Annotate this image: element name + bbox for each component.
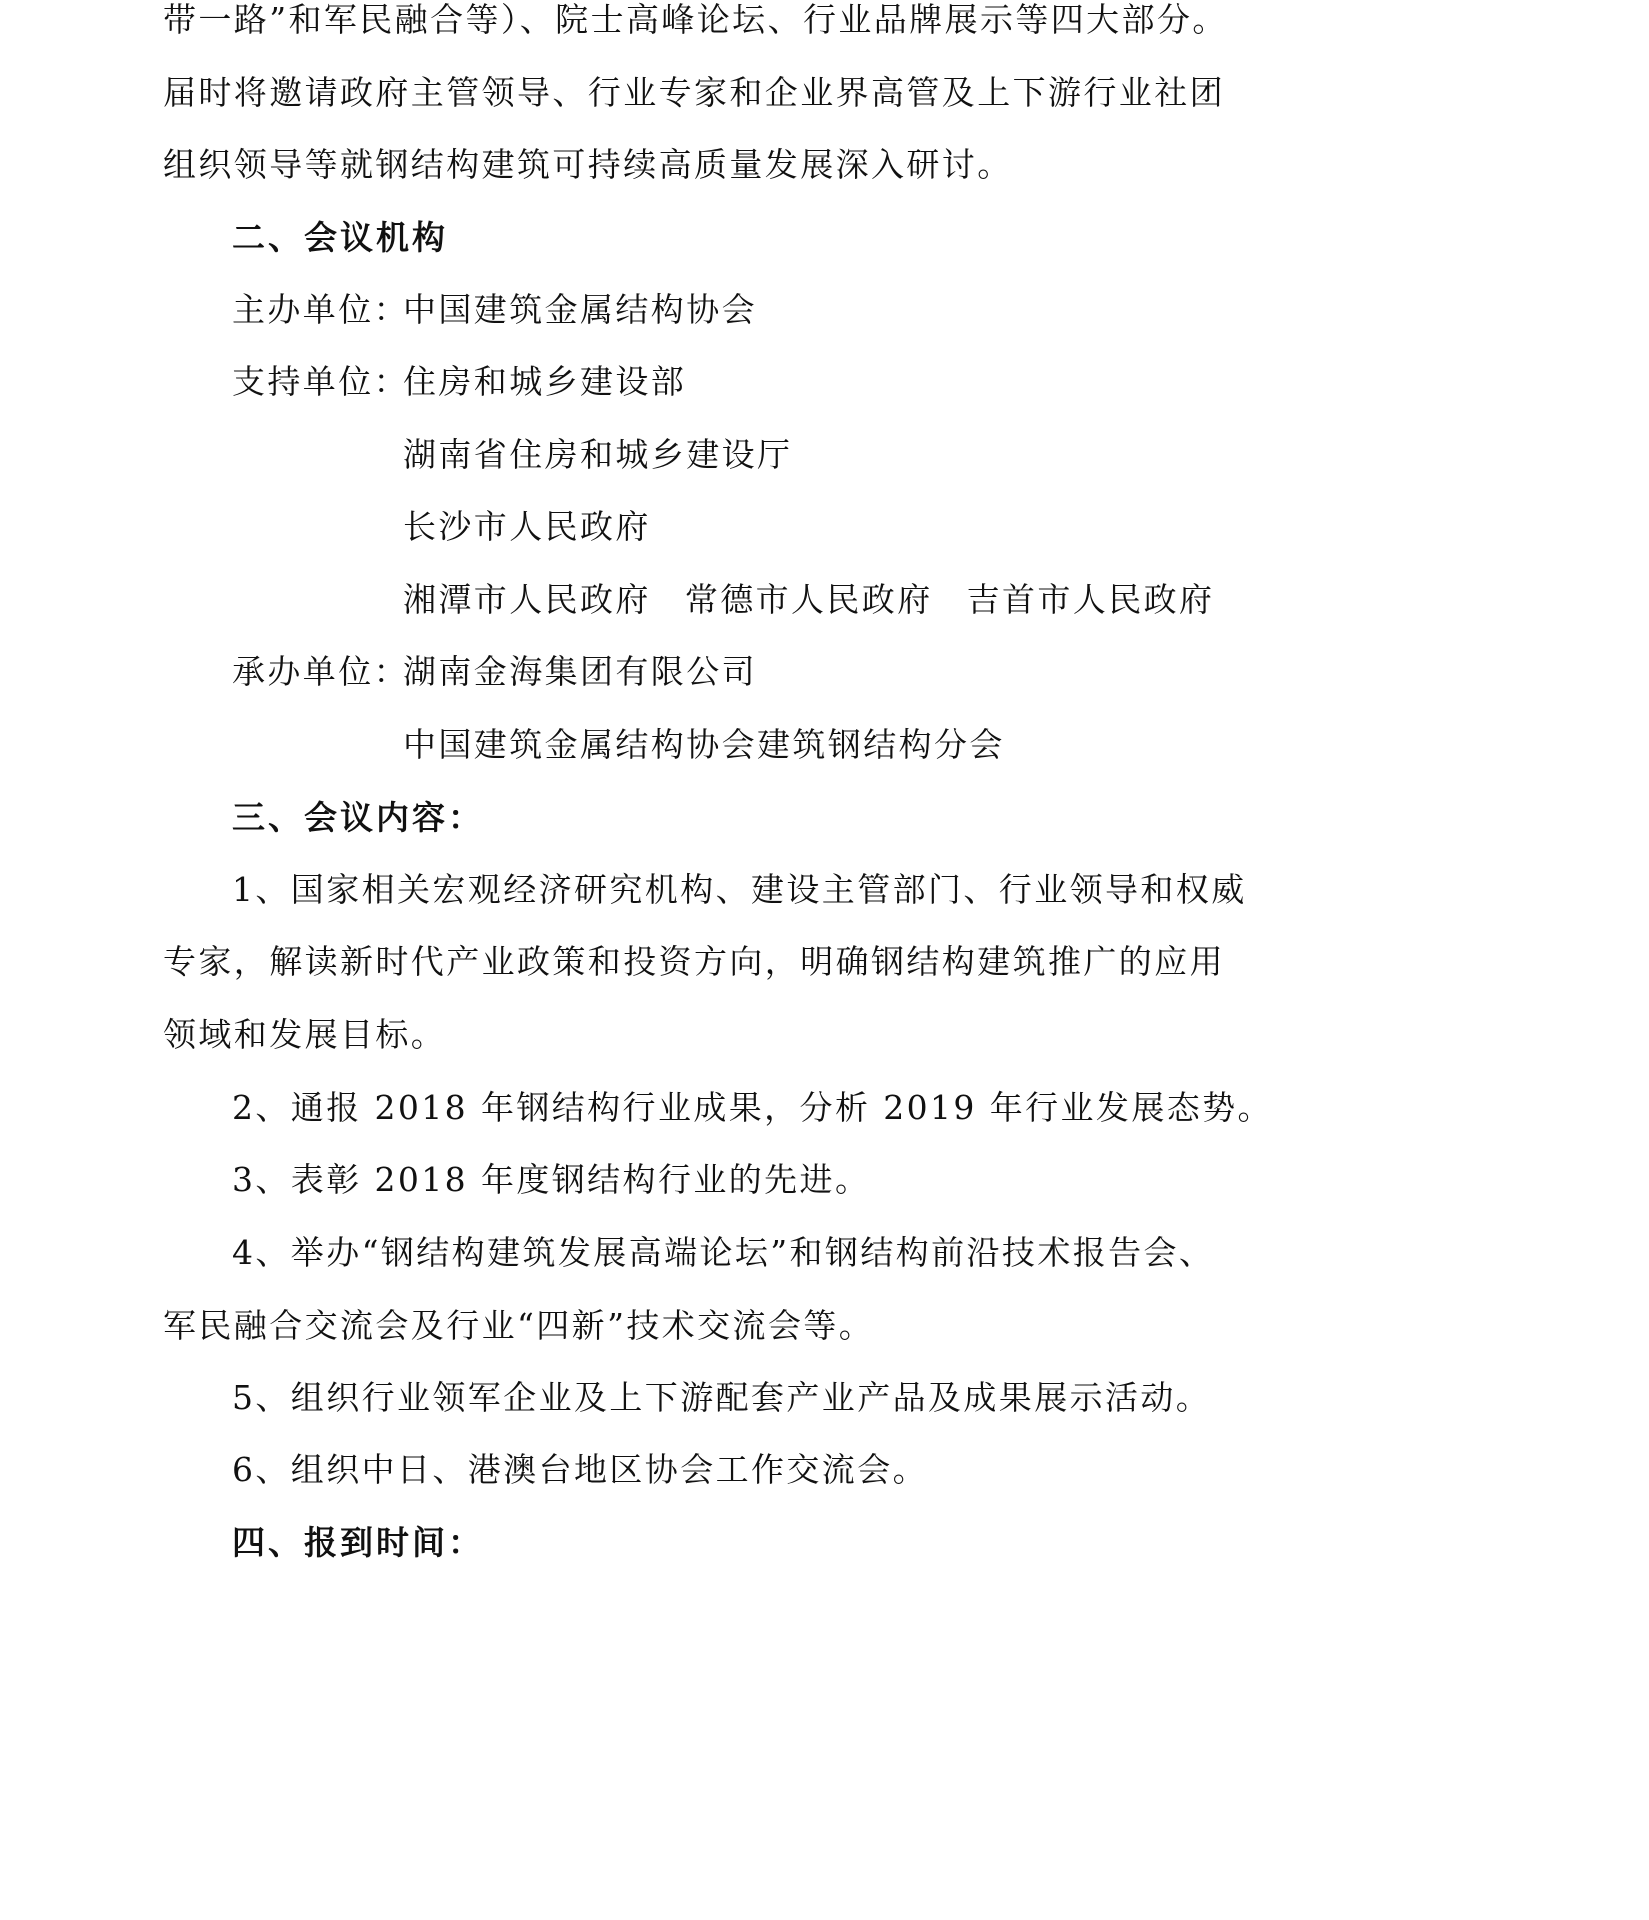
supporter-changde: 常德市人民政府	[685, 580, 933, 619]
content-item-4-line-1: 4、举办“钢结构建筑发展高端论坛”和钢结构前沿技术报告会、	[232, 1233, 1214, 1273]
organizer-label: 主办单位：	[232, 290, 409, 330]
hosts-label: 承办单位：	[232, 652, 409, 692]
content-item-6: 6、组织中日、港澳台地区协会工作交流会。	[232, 1450, 928, 1490]
content-item-4-line-2: 军民融合交流会及行业“四新”技术交流会等。	[163, 1306, 874, 1346]
supporter-xiangtan: 湘潭市人民政府	[403, 580, 651, 619]
supporter-2: 湖南省住房和城乡建设厅	[403, 435, 792, 475]
section-heading-organizations: 二、会议机构	[232, 218, 448, 258]
supporters-label: 支持单位：	[232, 362, 409, 402]
host-1: 湖南金海集团有限公司	[403, 652, 757, 692]
content-item-1-line-3: 领域和发展目标。	[163, 1015, 446, 1055]
supporter-1: 住房和城乡建设部	[403, 362, 686, 402]
content-item-5: 5、组织行业领军企业及上下游配套产业产品及成果展示活动。	[232, 1378, 1211, 1418]
intro-line-2: 届时将邀请政府主管领导、行业专家和企业界高管及上下游行业社团	[163, 73, 1225, 113]
intro-line-3: 组织领导等就钢结构建筑可持续高质量发展深入研讨。	[163, 145, 1013, 185]
content-item-2: 2、通报 2018 年钢结构行业成果，分析 2019 年行业发展态势。	[232, 1088, 1273, 1128]
intro-line-1: 带一路”和军民融合等）、院士高峰论坛、行业品牌展示等四大部分。	[163, 0, 1228, 40]
content-item-3: 3、表彰 2018 年度钢结构行业的先进。	[232, 1160, 870, 1200]
organizer-value: 中国建筑金属结构协会	[403, 290, 757, 330]
section-heading-registration-time: 四、报到时间：	[232, 1523, 484, 1563]
content-item-1-line-1: 1、国家相关宏观经济研究机构、建设主管部门、行业领导和权威	[232, 870, 1247, 910]
content-item-1-line-2: 专家，解读新时代产业政策和投资方向，明确钢结构建筑推广的应用	[163, 942, 1225, 982]
supporter-3: 长沙市人民政府	[403, 507, 651, 547]
host-2: 中国建筑金属结构协会建筑钢结构分会	[403, 725, 1005, 765]
supporter-city-governments: 湘潭市人民政府常德市人民政府吉首市人民政府	[403, 580, 1214, 620]
supporter-jishou: 吉首市人民政府	[967, 580, 1215, 619]
document-page: 带一路”和军民融合等）、院士高峰论坛、行业品牌展示等四大部分。 届时将邀请政府主…	[0, 0, 1649, 1920]
section-heading-content: 三、会议内容：	[232, 798, 484, 838]
